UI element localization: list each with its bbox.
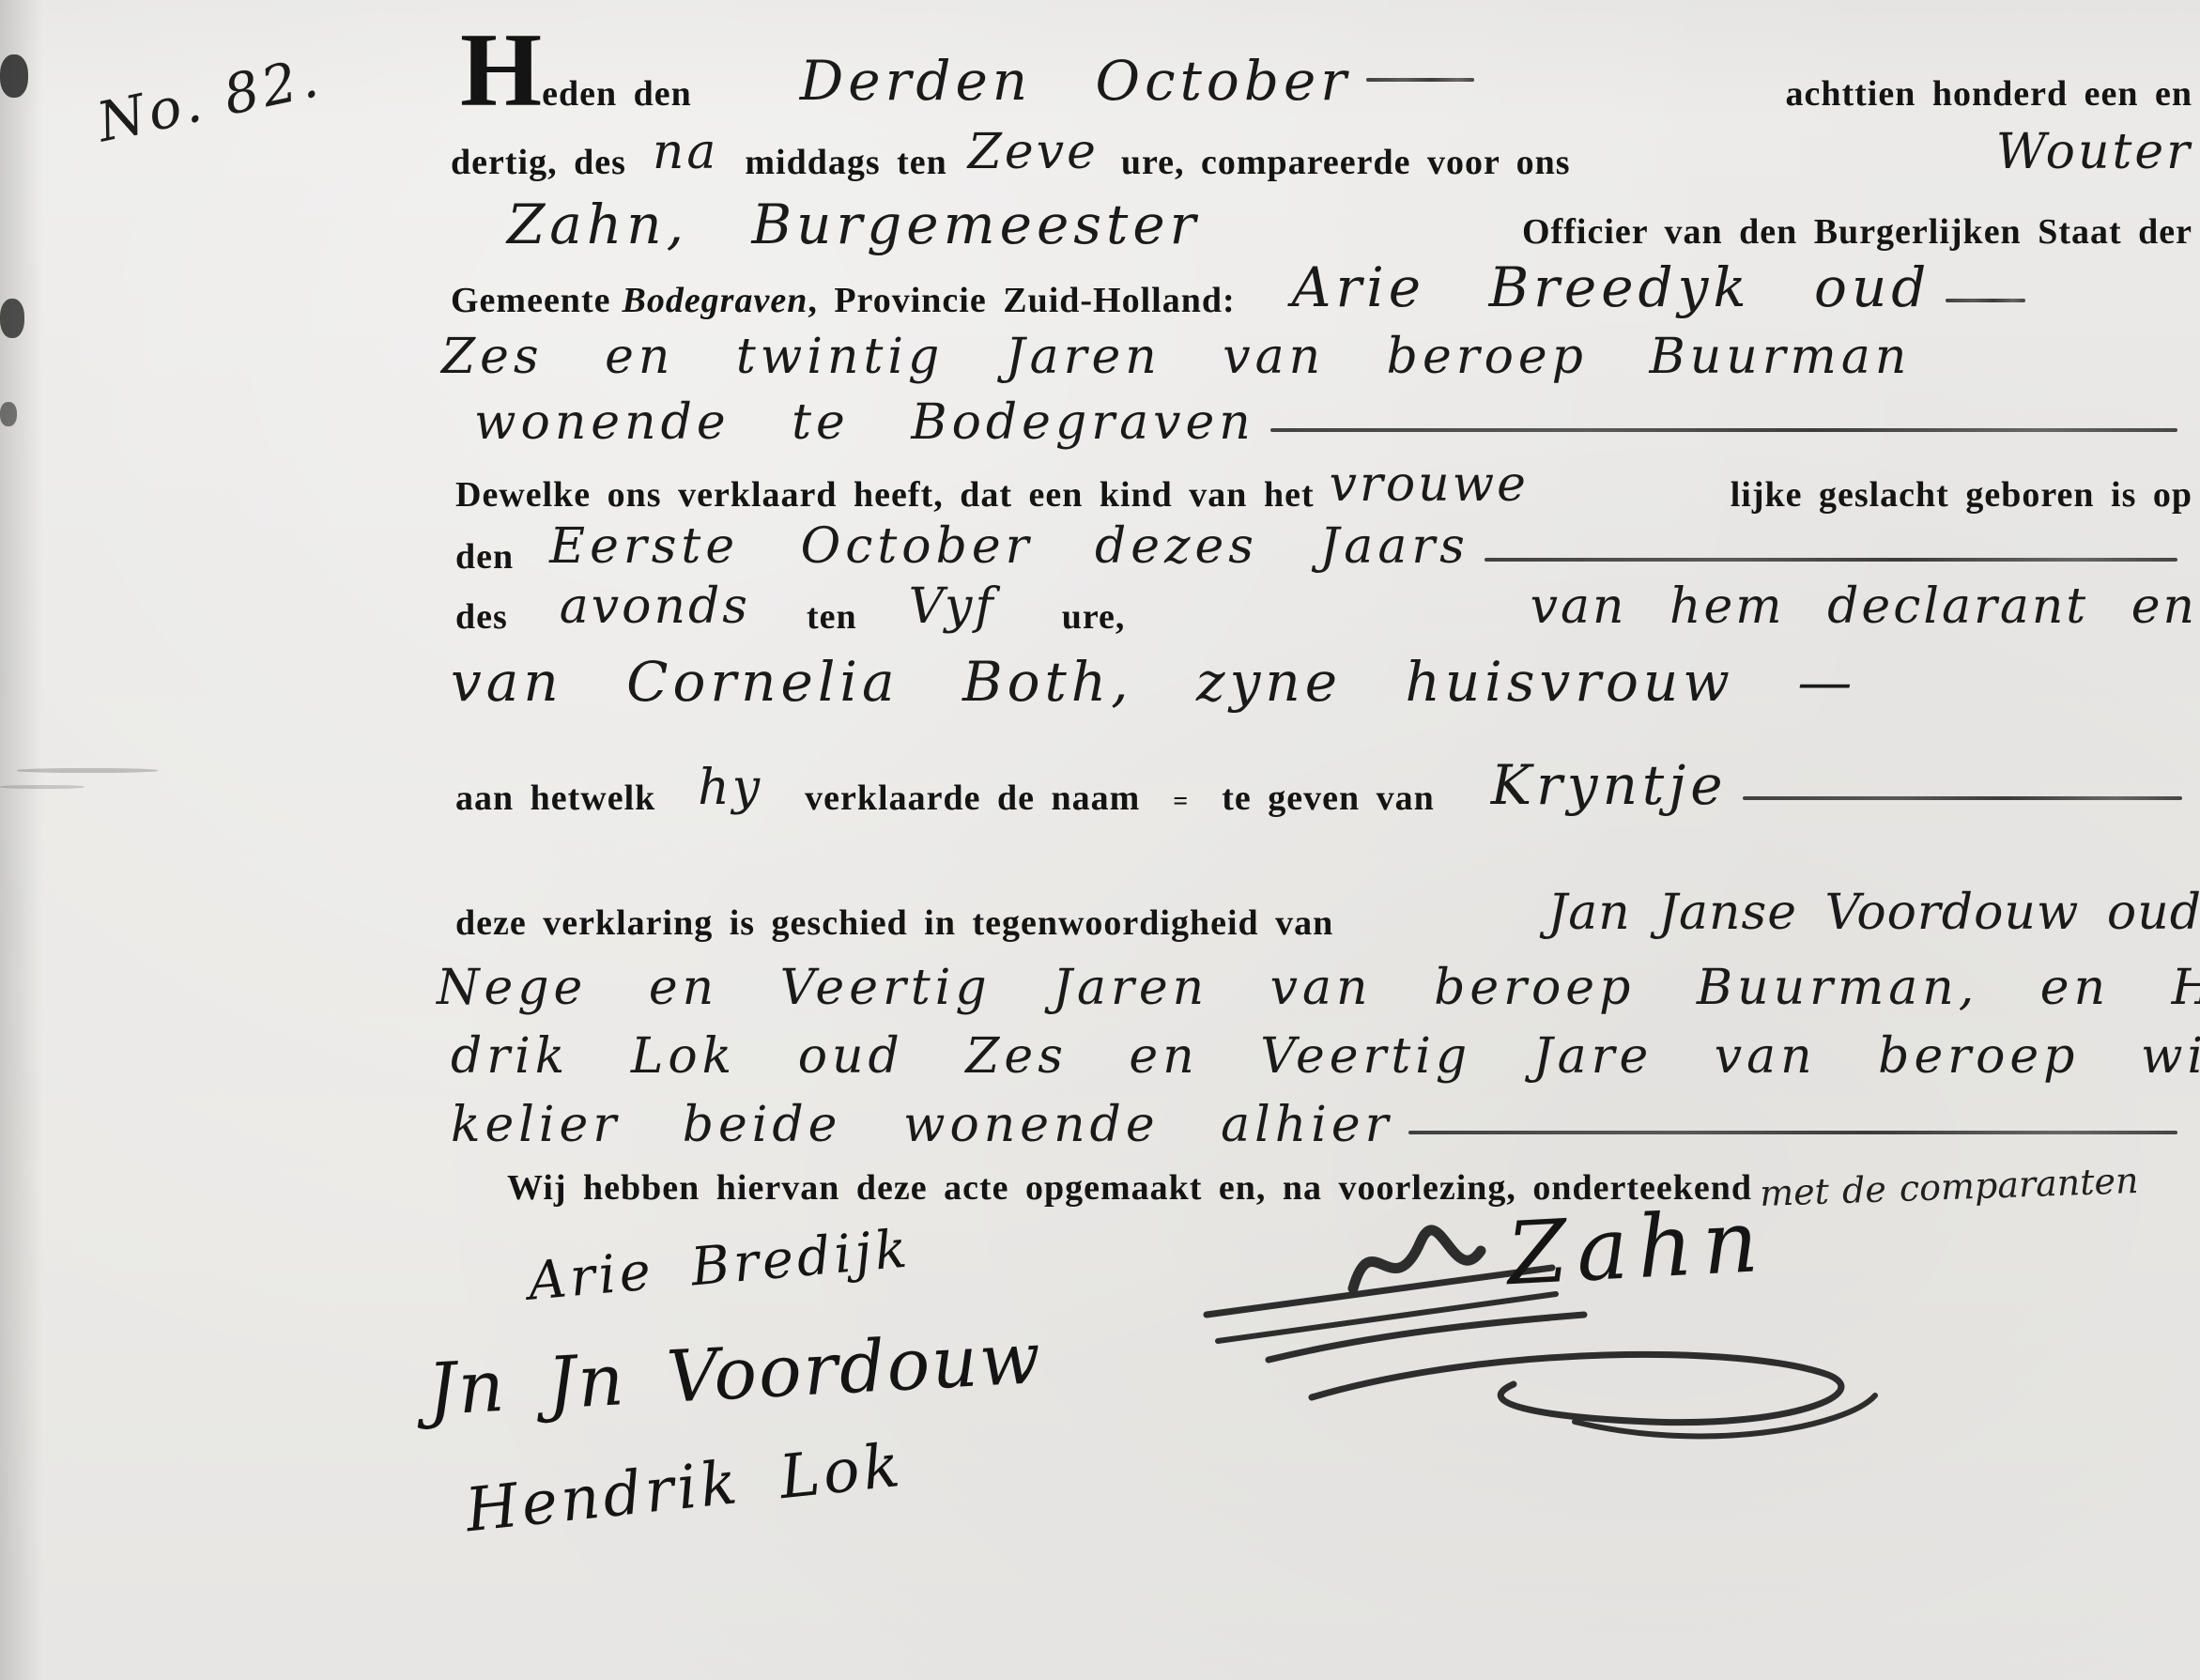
printed-text: , Provincie Zuid-Holland:: [808, 280, 1235, 321]
handwritten-hour: Zeve: [968, 124, 1099, 180]
ink-dash: [1270, 428, 2177, 432]
printed-text: ten: [807, 596, 857, 638]
printed-text: ure, compareerde voor ons: [1121, 142, 1571, 183]
handwritten-parent: van hem declarant en: [1531, 578, 2197, 635]
handwritten-gender: vrouwe: [1330, 456, 1529, 513]
printed-text: ure,: [1062, 596, 1126, 638]
line-13: Nege en Veertig Jaren van beroep Buurman…: [437, 960, 2192, 1016]
handwritten-daypart: avonds: [560, 578, 750, 635]
printed-text: te geven van: [1222, 778, 1435, 819]
handwritten-witness1-details: Nege en Veertig Jaren van beroep Buurman…: [437, 960, 2200, 1016]
printed-text: Dewelke ons verklaard heeft, dat een kin…: [455, 474, 1315, 516]
signature-witness2: Hendrik Lok: [462, 1431, 906, 1547]
drop-cap-h: H: [460, 26, 542, 116]
line-5: Zes en twintig Jaren van beroep Buurman: [441, 329, 2188, 385]
signature-declarant: Arie Bredijk: [526, 1218, 913, 1312]
printed-text: den: [455, 536, 514, 578]
printed-text: verklaarde de naam: [805, 778, 1140, 819]
handwritten-hour: Vyf: [909, 578, 996, 635]
handwritten-witness2-details: drik Lok oud Zes en Veertig Jare van ber…: [451, 1028, 2200, 1085]
handwritten-age-occupation: Zes en twintig Jaren van beroep Buurman: [441, 329, 1911, 385]
scan-edge-shadow: [0, 0, 43, 1680]
line-9: des avonds ten Vyf ure, van hem declaran…: [455, 584, 2197, 640]
printed-municipality: Bodegraven: [622, 280, 808, 321]
handwritten-child-name: Kryntje: [1491, 753, 1728, 817]
scan-edge-artifact: [0, 54, 28, 98]
signature-witness1: Jn Jn Voordouw: [425, 1316, 1044, 1431]
ink-dash: [1946, 299, 2025, 302]
printed-text: aan hetwelk: [455, 778, 655, 819]
printed-text: dertig, des: [451, 142, 626, 183]
line-14: drik Lok oud Zes en Veertig Jare van ber…: [451, 1028, 2192, 1085]
signature-official-block: Zahn: [1178, 1174, 1930, 1465]
printed-text: eden den: [542, 73, 692, 115]
line-12: deze verklaring is geschied in tegenwoor…: [455, 890, 2200, 947]
line-10: van Cornelia Both, zyne huisvrouw —: [451, 650, 2169, 714]
handwritten-name: Wouter: [1996, 124, 2192, 180]
scan-edge-artifact: [17, 768, 158, 773]
printed-text: des: [455, 596, 508, 638]
handwritten-pronoun: hy: [698, 760, 762, 816]
line-8: den Eerste October dezes Jaars: [455, 524, 2192, 580]
handwritten-birthdate: Eerste October dezes Jaars: [549, 518, 1469, 575]
birth-certificate-scan: No. 82. H eden den Derden October achtti…: [0, 0, 2200, 1680]
line-3: Zahn, Burgemeester Officier van den Burg…: [507, 193, 2192, 256]
scan-edge-artifact: [0, 299, 24, 338]
printed-mark: =: [1173, 787, 1189, 817]
printed-text: Officier van den Burgerlijken Staat der: [1522, 211, 2192, 253]
line-6: wonende te Bodegraven: [474, 394, 2192, 451]
scan-edge-artifact: [0, 785, 85, 789]
act-number: No. 82.: [92, 45, 328, 155]
printed-text: deze verklaring is geschied in tegenwoor…: [455, 902, 1333, 944]
handwritten-name: Zahn, Burgemeester: [507, 193, 1200, 256]
line-7: Dewelke ons verklaard heeft, dat een kin…: [455, 462, 2192, 518]
scan-edge-artifact: [0, 402, 17, 426]
line-1: H eden den Derden October achttien honde…: [460, 26, 2192, 118]
ink-dash: [1485, 558, 2177, 562]
ink-dash: [1366, 78, 1474, 82]
handwritten-declarant-name: Arie Breedyk oud: [1292, 255, 1931, 319]
ink-dash: [1408, 1131, 2177, 1134]
line-4: Gemeente Bodegraven , Provincie Zuid-Hol…: [451, 261, 2197, 325]
line-11: aan hetwelk hy verklaarde de naam = te g…: [455, 759, 2197, 823]
handwritten-witness1-name: Jan Janse Voordouw oud: [1547, 885, 2200, 941]
handwritten-residence-witnesses: kelier beide wonende alhier: [451, 1097, 1393, 1153]
printed-text: lijke geslacht geboren is op: [1731, 474, 2192, 516]
ink-dash: [1743, 796, 2182, 800]
handwritten-residence: wonende te Bodegraven: [474, 394, 1255, 451]
line-2: dertig, des na middags ten Zeve ure, com…: [451, 130, 2192, 186]
handwritten-date: Derden October: [800, 49, 1351, 113]
handwritten-text: na: [653, 124, 719, 180]
signature-official: Zahn: [1504, 1191, 1770, 1304]
handwritten-mother-name: van Cornelia Both, zyne huisvrouw —: [451, 650, 1856, 714]
printed-text: Gemeente: [451, 280, 610, 321]
printed-text: achttien honderd een en: [1786, 73, 2193, 115]
printed-text: middags ten: [745, 142, 946, 183]
line-15: kelier beide wonende alhier: [451, 1097, 2192, 1153]
